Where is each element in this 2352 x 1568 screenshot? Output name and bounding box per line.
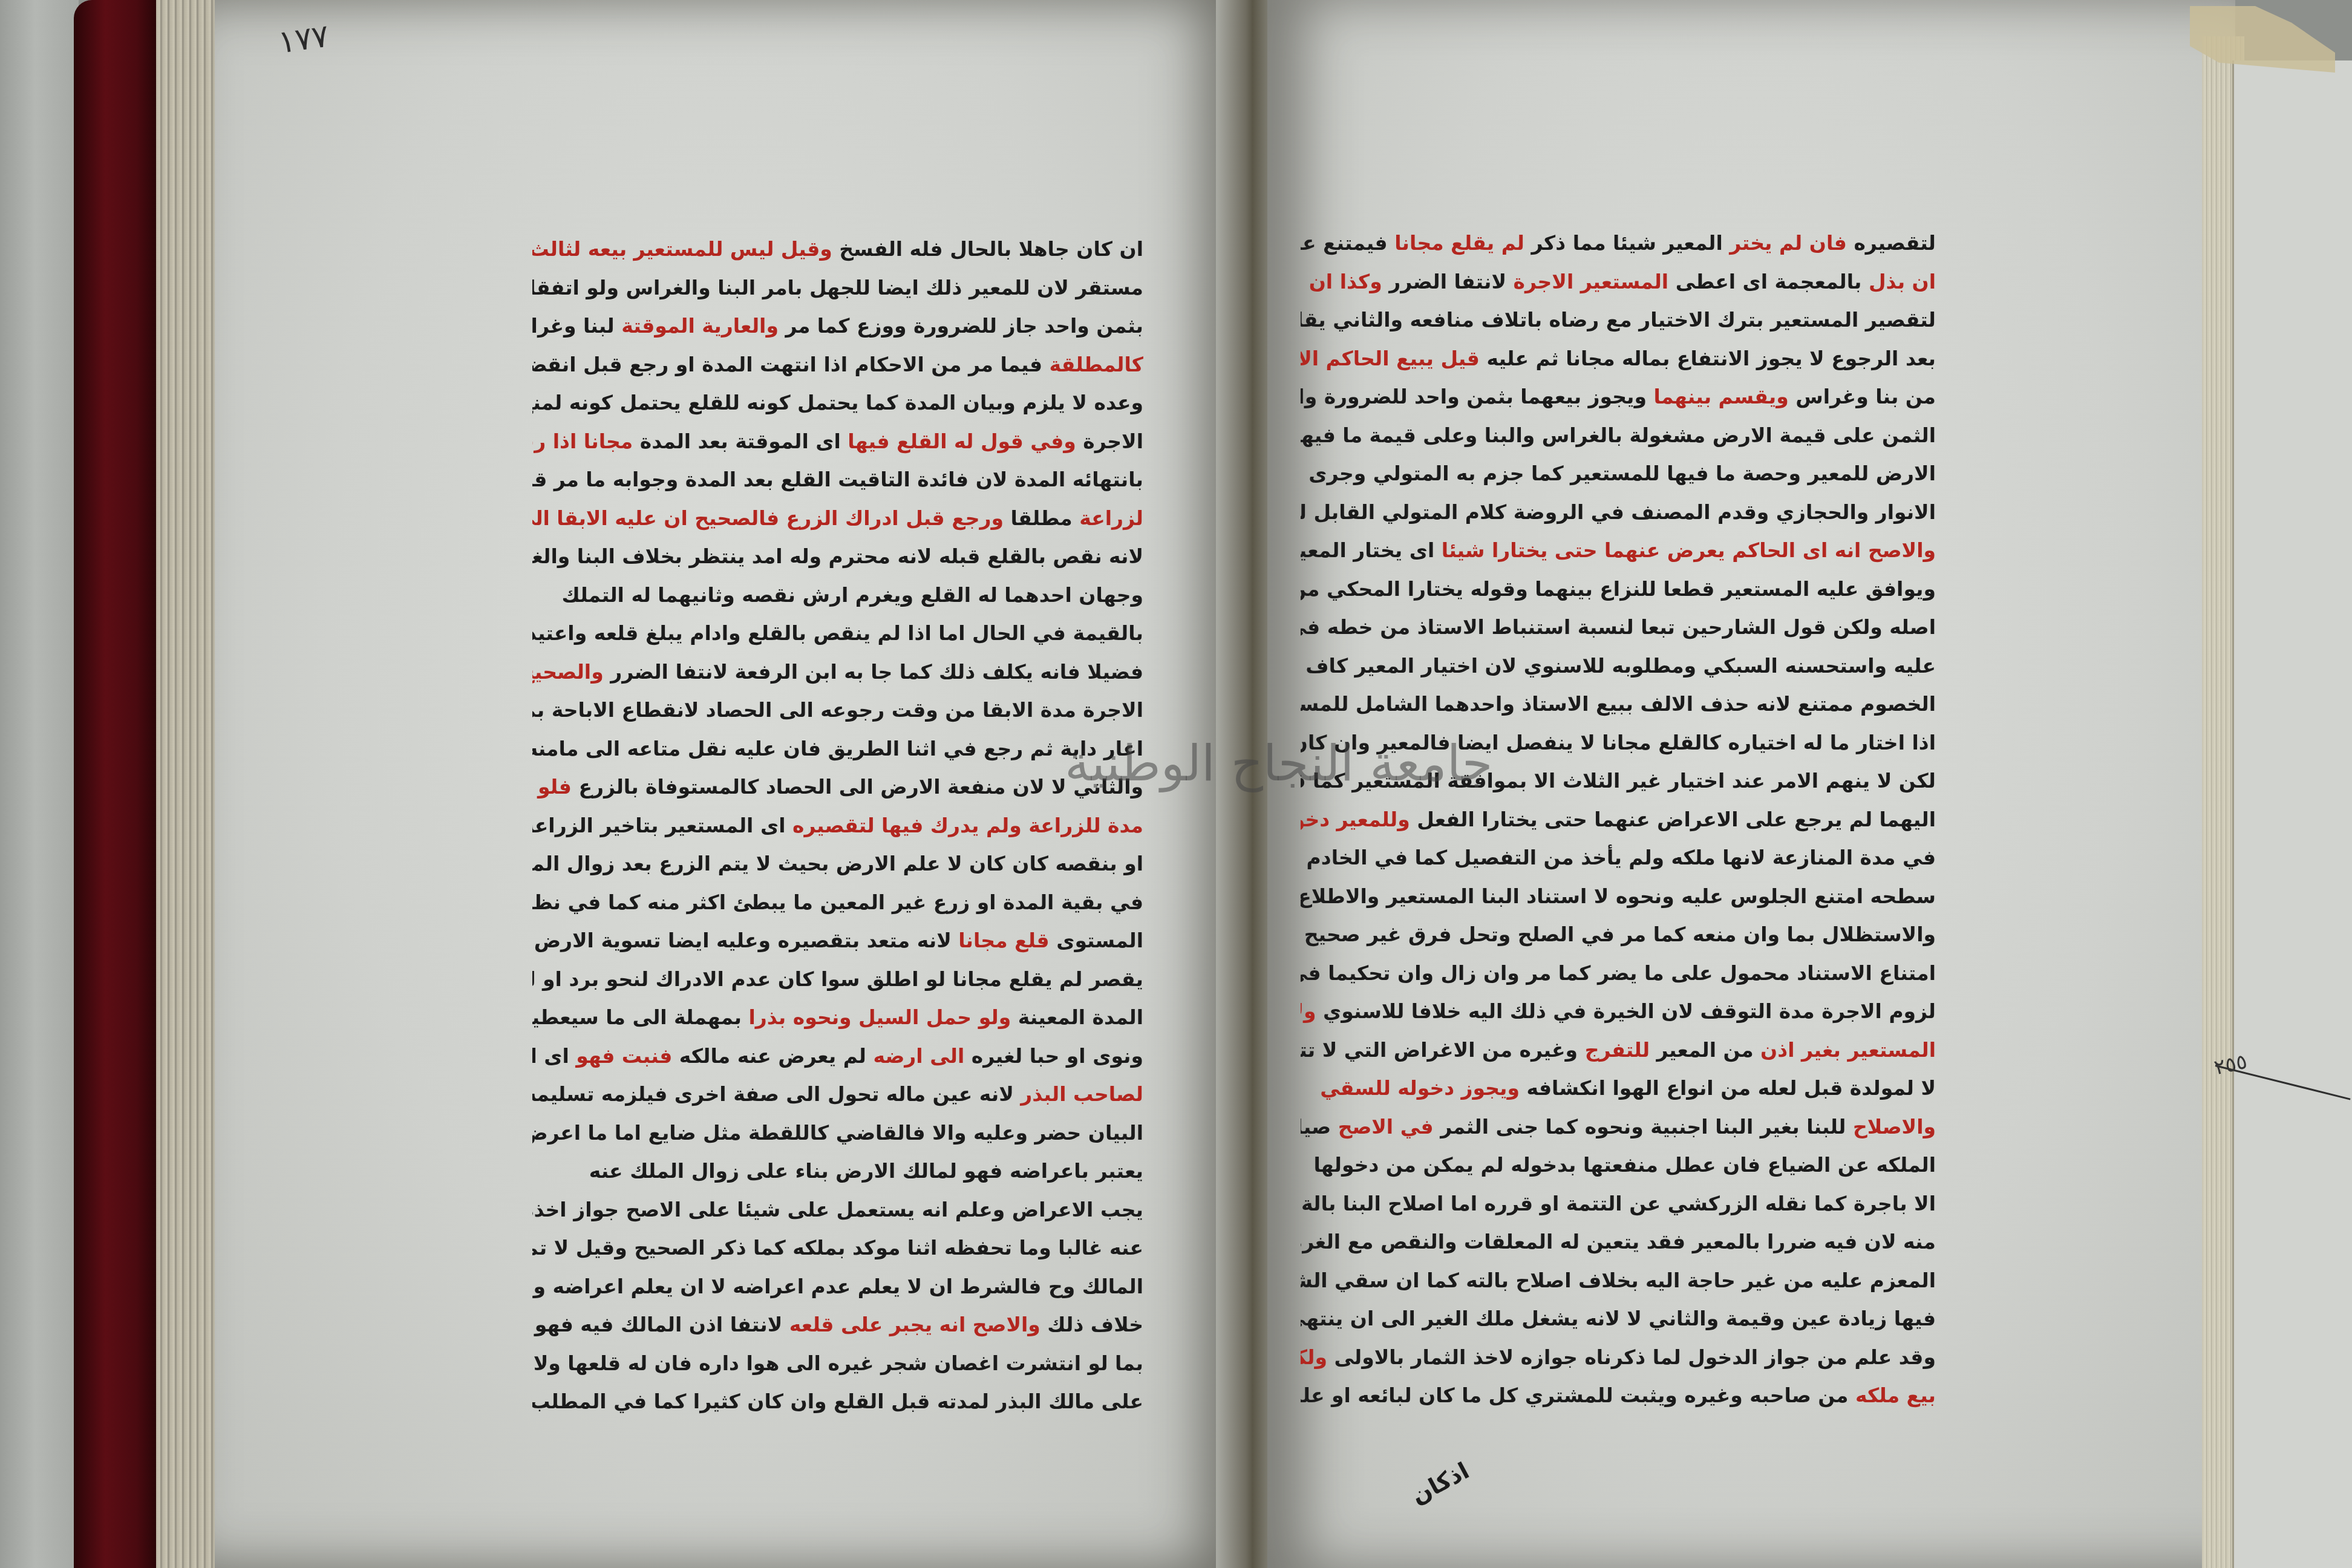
body-text: المدة المعينة xyxy=(1011,1005,1143,1029)
body-text: ونوى او حبا لغيره xyxy=(964,1044,1143,1068)
manuscript-line: ويوافق عليه المستعير قطعا للنزاع بينهما … xyxy=(1301,570,1936,609)
rubric-text: وللمعير دخولها والانتفاع xyxy=(1301,808,1410,831)
body-text: وعده لا يلزم وبيان المدة كما يحتمل كونه … xyxy=(532,391,1143,414)
rubric-text: وفي قول له القلع فيها xyxy=(848,430,1076,453)
body-text: الثمن على قيمة الارض مشغولة بالغراس والب… xyxy=(1301,423,1936,447)
body-text: لزوم الاجرة مدة التوقف لان الخيرة في ذلك… xyxy=(1316,999,1936,1023)
body-text: فضيلا فانه يكلف ذلك كما جا به ابن الرفعة… xyxy=(604,660,1143,684)
rubric-text: يعرض عنهما حتى يختارا شيئا xyxy=(1442,538,1725,562)
body-text: سطحه امتنع الجلوس عليه ونحوه لا استناد ا… xyxy=(1301,884,1936,908)
body-text: مطلقا xyxy=(1004,506,1079,530)
body-text: بمهملة الى ما سيعطيه بذورا xyxy=(532,1005,748,1029)
manuscript-line: وعده لا يلزم وبيان المدة كما يحتمل كونه … xyxy=(532,384,1143,422)
manuscript-line: الارض للمعير وحصة ما فيها للمستعير كما ج… xyxy=(1301,454,1936,493)
rubric-text: لزراعة xyxy=(1079,506,1143,530)
rubric-text: الى ارضه xyxy=(873,1044,964,1068)
manuscript-line: بما لو انتشرت اغصان شجر غيره الى هوا دار… xyxy=(532,1344,1143,1383)
manuscript-line: ان بذل بالمعجمة اى اعطى المستعير الاجرة … xyxy=(1301,263,1936,301)
body-text: المعير شيئا مما ذكر xyxy=(1524,231,1730,255)
body-text: على مالك البذر لمدته قبل القلع وان كان ك… xyxy=(532,1390,1143,1413)
manuscript-line: فيها زيادة عين وقيمة والثاني لا لانه يشغ… xyxy=(1301,1299,1936,1338)
manuscript-line: لزوم الاجرة مدة التوقف لان الخيرة في ذلك… xyxy=(1301,992,1936,1031)
manuscript-line: والثاني لا لان منفعة الارض الى الحصاد كا… xyxy=(532,768,1143,806)
rubric-text: وقيل ليس للمستعير بيعه لثالث xyxy=(532,237,832,261)
body-text: بعد الرجوع لا يجوز الانتفاع بماله مجانا … xyxy=(1480,347,1936,370)
body-text: الارض للمعير وحصة ما فيها للمستعير كما ج… xyxy=(1301,462,1936,485)
body-text: وغيره من الاغراض التي لا تتعلق به كالاجن… xyxy=(1301,1038,1585,1062)
manuscript-line: بثمن واحد جاز للضرورة ووزع كما مر والعار… xyxy=(532,307,1143,345)
manuscript-line: الانوار والحجازي وقدم المصنف في الروضة ك… xyxy=(1301,493,1936,532)
rubric-text: ويقسم بينهما xyxy=(1653,385,1788,408)
body-text: عنه غالبا وما تحفظه اثنا موكد بملكه كما … xyxy=(532,1236,1143,1259)
rubric-text: فنبت فهو xyxy=(576,1044,672,1068)
body-text: لانه نقص بالقلع قبله لانه محترم وله امد … xyxy=(532,544,1143,568)
body-text: اعار دابة ثم رجع في اثنا الطريق فان عليه… xyxy=(532,737,1143,760)
body-text: في بقية المدة او زرع غير المعين ما يبطئ … xyxy=(532,890,1143,914)
manuscript-line: المستوى قلع مجانا لانه متعد بتقصيره وعلي… xyxy=(532,921,1143,960)
rubric-text: والاصح انه يجبر على قلعه xyxy=(789,1313,1040,1336)
manuscript-line: يقصر لم يقلع مجانا لو اطلق سوا كان عدم ا… xyxy=(532,960,1143,999)
body-text: الا باجرة كما نقله الزركشي عن التتمة او … xyxy=(1301,1192,1936,1215)
manuscript-line: في مدة المنازعة لانها ملكه ولم يأخذ من ا… xyxy=(1301,838,1936,877)
manuscript-line: على مالك البذر لمدته قبل القلع وان كان ك… xyxy=(532,1382,1143,1421)
body-text: المعزم عليه من غير حاجة اليه بخلاف اصلاح… xyxy=(1301,1269,1936,1292)
manuscript-line: الملكه عن الضياع فان عطل منفعتها بدخوله … xyxy=(1301,1146,1936,1184)
body-text: مستقر لان للمعير ذلك ايضا للجهل بامر الب… xyxy=(532,276,1143,299)
manuscript-line: بانتهائه المدة لان فائدة التاقيت القلع ب… xyxy=(532,460,1143,499)
rubric-text: للتفرج xyxy=(1585,1038,1650,1062)
body-text: لانتفا الضرر xyxy=(1382,270,1514,293)
body-text: اى يختار المعير ما له اختياره xyxy=(1301,538,1442,562)
manuscript-line: والاصح انه اى الحاكم يعرض عنهما حتى يختا… xyxy=(1301,531,1936,570)
body-text: لانه متعد بتقصيره وعليه ايضا تسوية الارض… xyxy=(532,929,958,952)
manuscript-line: منه لان فيه ضررا بالمعير فقد يتعين له ال… xyxy=(1301,1223,1936,1261)
body-text: الملكه عن الضياع فان عطل منفعتها بدخوله … xyxy=(1313,1153,1936,1177)
manuscript-line: والاستظلال بما وان منعه كما مر في الصلح … xyxy=(1301,915,1936,954)
body-text: بثمن واحد جاز للضرورة ووزع كما مر xyxy=(779,314,1143,338)
body-text: من صاحبه وغيره ويثبت للمشتري كل ما كان ل… xyxy=(1301,1383,1855,1407)
manuscript-line: المستعير بغير اذن من المعير للتفرج وغيره… xyxy=(1301,1031,1936,1070)
body-text: وجهان احدهما له القلع ويغرم ارش نقصه وثا… xyxy=(561,583,1143,607)
rubric-text: ولو حمل السيل ونحوه بذرا xyxy=(748,1005,1011,1029)
manuscript-line: من بنا وغراس ويقسم بينهما ويجوز بيعهما ب… xyxy=(1301,377,1936,416)
body-text xyxy=(1022,814,1029,837)
body-text: منه لان فيه ضررا بالمعير فقد يتعين له ال… xyxy=(1301,1230,1936,1253)
body-text: بالقيمة في الحال اما اذا لم ينقص بالقلع … xyxy=(532,621,1143,645)
body-text: فيها زيادة عين وقيمة والثاني لا لانه يشغ… xyxy=(1301,1307,1936,1330)
body-text: لبنا وغراس او غيرهما xyxy=(532,314,621,338)
body-text: ان كان جاهلا بالحال فله الفسخ xyxy=(832,237,1143,261)
body-text: اصله ولكن قول الشارحين تبعا لنسبة استنبا… xyxy=(1301,615,1936,639)
rubric-text: المستعير بغير اذن xyxy=(1760,1038,1936,1062)
background-surface xyxy=(0,0,79,1568)
manuscript-line: لانه نقص بالقلع قبله لانه محترم وله امد … xyxy=(532,537,1143,576)
body-text: لا لمولدة قبل لعله من انواع الهوا انكشاف… xyxy=(1520,1076,1936,1100)
manuscript-line: لا لمولدة قبل لعله من انواع الهوا انكشاف… xyxy=(1301,1069,1936,1108)
body-text: اى النابت xyxy=(532,1044,576,1068)
body-text: امتناع الاستناد محمول على ما يضر كما مر … xyxy=(1301,961,1936,985)
manuscript-line: الاجرة مدة الابقا من وقت رجوعه الى الحصا… xyxy=(532,691,1143,730)
rubric-text: المستعير الاجرة xyxy=(1514,270,1669,293)
body-text: لتقصيره xyxy=(1847,231,1936,255)
manuscript-line: الا باجرة كما نقله الزركشي عن التتمة او … xyxy=(1301,1184,1936,1223)
manuscript-line: عليه واستحسنه السبكي ومطلوبه للاسنوي لان… xyxy=(1301,647,1936,685)
manuscript-line: البيان حضر وعليه والا فالقاضي كاللقطة مث… xyxy=(532,1114,1143,1152)
manuscript-line: الاجرة وفي قول له القلع فيها اى الموقتة … xyxy=(532,422,1143,461)
left-page-text: ان كان جاهلا بالحال فله الفسخ وقيل ليس ل… xyxy=(532,230,1143,1421)
manuscript-line: اعار دابة ثم رجع في اثنا الطريق فان عليه… xyxy=(532,730,1143,768)
rubric-text: والعارية الموقتة xyxy=(621,314,779,338)
rubric-text: ولم يدرك فيها لتقصيره xyxy=(792,814,1022,837)
manuscript-line: بالقيمة في الحال اما اذا لم ينقص بالقلع … xyxy=(532,614,1143,653)
body-text: بالمعجمة اى اعطى xyxy=(1668,270,1869,293)
manuscript-line: امتناع الاستناد محمول على ما يضر كما مر … xyxy=(1301,954,1936,993)
rubric-text: فلو عين xyxy=(532,775,572,799)
manuscript-line: لزراعة مطلقا ورجع قبل ادراك الزرع فالصحي… xyxy=(532,499,1143,538)
body-text: يقصر لم يقلع مجانا لو اطلق سوا كان عدم ا… xyxy=(532,967,1143,991)
rubric-text: ولكل منهما xyxy=(1301,1345,1327,1369)
rubric-text: والصحيح ان له الاجرة xyxy=(532,660,604,684)
body-text: البيان حضر وعليه والا فالقاضي كاللقطة مث… xyxy=(532,1121,1143,1145)
manuscript-line: يجب الاعراض وعلم انه يستعمل على شيئا على… xyxy=(532,1191,1143,1229)
manuscript-line: بعد الرجوع لا يجوز الانتفاع بماله مجانا … xyxy=(1301,339,1936,378)
body-text: بانتهائه المدة لان فائدة التاقيت القلع ب… xyxy=(532,468,1143,491)
manuscript-line: الثمن على قيمة الارض مشغولة بالغراس والب… xyxy=(1301,416,1936,455)
body-text: لم يعرض عنه مالكه xyxy=(672,1044,873,1068)
rubric-text: والاصلاح xyxy=(1853,1115,1936,1138)
body-text: ويوافق عليه المستعير قطعا للنزاع بينهما … xyxy=(1301,577,1936,601)
rubric-text: قلع مجانا xyxy=(958,929,1050,952)
manuscript-line: لتقصير المستعير بترك الاختيار مع رضاه با… xyxy=(1301,301,1936,339)
manuscript-line: المالك وح فالشرط ان لا يعلم عدم اعراضه ل… xyxy=(532,1267,1143,1306)
body-text xyxy=(1725,538,1733,562)
body-text: ويجوز بيعهما بثمن واحد للضرورة وامتعة مو… xyxy=(1301,385,1653,408)
rubric-text: مدة للزراعة xyxy=(1028,814,1143,837)
manuscript-line: سطحه امتنع الجلوس عليه ونحوه لا استناد ا… xyxy=(1301,877,1936,916)
body-text: المستوى xyxy=(1050,929,1143,952)
body-text: الاجرة xyxy=(1076,430,1143,453)
rubric-text: فان لم يختر xyxy=(1730,231,1847,255)
manuscript-line: يعتبر باعراضه فهو لمالك الارض بناء على ز… xyxy=(532,1152,1143,1191)
folio-number: ١٧٧ xyxy=(276,18,331,60)
body-text: فيما مر من الاحكام اذا انتهت المدة او رج… xyxy=(532,353,1050,376)
body-text: الخصوم ممتنع لانه حذف الالف ببيع الاستاذ… xyxy=(1301,692,1936,716)
body-text: الاجرة مدة الابقا من وقت رجوعه الى الحصا… xyxy=(532,698,1143,722)
body-text: لانتفا اذن المالك فيه فهو تار شيبهما xyxy=(532,1313,789,1336)
body-text: يجب الاعراض وعلم انه يستعمل على شيئا على… xyxy=(532,1198,1143,1221)
body-text: لانه عين ماله تحول الى صفة اخرى فيلزمه ت… xyxy=(532,1082,1021,1106)
rubric-text: كالمطلقة xyxy=(1050,353,1143,376)
manuscript-line: فضيلا فانه يكلف ذلك كما جا به ابن الرفعة… xyxy=(532,653,1143,691)
manuscript-line: ونوى او حبا لغيره الى ارضه لم يعرض عنه م… xyxy=(532,1037,1143,1076)
body-text: والثاني لا لان منفعة الارض الى الحصاد كا… xyxy=(572,775,1143,799)
body-text: عليه واستحسنه السبكي ومطلوبه للاسنوي لان… xyxy=(1301,654,1936,678)
manuscript-line: مدة للزراعة ولم يدرك فيها لتقصيره اى الم… xyxy=(532,806,1143,845)
manuscript-line: في بقية المدة او زرع غير المعين ما يبطئ … xyxy=(532,883,1143,922)
rubric-text: ولا يدخلها xyxy=(1301,999,1316,1023)
manuscript-line: اليهما لم يرجع على الاعراض عنهما حتى يخت… xyxy=(1301,800,1936,839)
rubric-text: ويجوز دخوله للسقي xyxy=(1320,1076,1520,1100)
body-text: خلاف ذلك xyxy=(1040,1313,1143,1336)
manuscript-line: الخصوم ممتنع لانه حذف الالف ببيع الاستاذ… xyxy=(1301,685,1936,724)
right-page-text: لتقصيره فان لم يختر المعير شيئا مما ذكر … xyxy=(1301,224,1936,1415)
page-stack-edge-left xyxy=(156,0,223,1568)
manuscript-line: وجهان احدهما له القلع ويغرم ارش نقصه وثا… xyxy=(532,576,1143,615)
body-text: المالك وح فالشرط ان لا يعلم عدم اعراضه ل… xyxy=(532,1275,1143,1298)
manuscript-line: خلاف ذلك والاصح انه يجبر على قلعه لانتفا… xyxy=(532,1305,1143,1344)
body-text: وقد علم من جواز الدخول لما ذكرناه جوازه … xyxy=(1327,1345,1936,1369)
manuscript-line: لصاحب البذر لانه عين ماله تحول الى صفة ا… xyxy=(532,1075,1143,1114)
body-text: او بنقصه كان كان لا علم الارض بحيث لا يت… xyxy=(532,852,1143,875)
rubric-text: في الاصح xyxy=(1338,1115,1434,1138)
rubric-text: لصاحب البذر xyxy=(1021,1082,1143,1106)
manuscript-line: او بنقصه كان كان لا علم الارض بحيث لا يت… xyxy=(532,844,1143,883)
body-text: من بنا وغراس xyxy=(1789,385,1936,408)
body-text: يعتبر باعراضه فهو لمالك الارض بناء على ز… xyxy=(589,1159,1143,1183)
rubric-text: قيل يبيع الحاكم الارض وما فيها xyxy=(1301,347,1480,370)
manuscript-line: عنه غالبا وما تحفظه اثنا موكد بملكه كما … xyxy=(532,1229,1143,1267)
rubric-text: ان بذل xyxy=(1869,270,1936,293)
body-text: للبنا بغير البنا اجنبية ونحوه كما جنى ال… xyxy=(1434,1115,1853,1138)
body-text: من المعير xyxy=(1650,1038,1760,1062)
manuscript-line: مستقر لان للمعير ذلك ايضا للجهل بامر الب… xyxy=(532,269,1143,307)
rubric-text: وكذا ان لم يبذلها في الاصح xyxy=(1301,270,1382,293)
manuscript-line: المعزم عليه من غير حاجة اليه بخلاف اصلاح… xyxy=(1301,1261,1936,1300)
manuscript-line: وقد علم من جواز الدخول لما ذكرناه جوازه … xyxy=(1301,1338,1936,1377)
adjacent-sheet xyxy=(2232,60,2352,1568)
body-text: في مدة المنازعة لانها ملكه ولم يأخذ من ا… xyxy=(1301,846,1936,869)
rubric-text: والاصح انه اى الحاكم xyxy=(1732,538,1936,562)
manuscript-line: والاصلاح للبنا بغير البنا اجنبية ونحوه ك… xyxy=(1301,1108,1936,1146)
manuscript-line: كالمطلقة فيما مر من الاحكام اذا انتهت ال… xyxy=(532,345,1143,384)
leather-binding-spine xyxy=(74,0,163,1568)
manuscript-line: ان كان جاهلا بالحال فله الفسخ وقيل ليس ل… xyxy=(532,230,1143,269)
manuscript-line: لتقصيره فان لم يختر المعير شيئا مما ذكر … xyxy=(1301,224,1936,263)
rubric-text: مجانا اذا رجع xyxy=(532,430,633,453)
body-text: لتقصير المستعير بترك الاختيار مع رضاه با… xyxy=(1301,308,1936,332)
rubric-text: لم يقلع مجانا xyxy=(1394,231,1524,255)
body-text: اى الموقتة بعد المدة xyxy=(633,430,848,453)
body-text: والاستظلال بما وان منعه كما مر في الصلح … xyxy=(1301,923,1936,946)
manuscript-line: اصله ولكن قول الشارحين تبعا لنسبة استنبا… xyxy=(1301,608,1936,647)
rubric-text: بيع ملكه xyxy=(1855,1383,1936,1407)
body-text: بما لو انتشرت اغصان شجر غيره الى هوا دار… xyxy=(532,1351,1143,1375)
rubric-text: ورجع قبل ادراك الزرع فالصحيح ان عليه الا… xyxy=(532,506,1004,530)
manuscript-line: بيع ملكه من صاحبه وغيره ويثبت للمشتري كل… xyxy=(1301,1376,1936,1415)
manuscript-line: المدة المعينة ولو حمل السيل ونحوه بذرا ب… xyxy=(532,998,1143,1037)
body-text: صيانة xyxy=(1301,1115,1338,1138)
watermark: جامعة النجاح الوطنية xyxy=(1065,735,1492,792)
body-text: الانوار والحجازي وقدم المصنف في الروضة ك… xyxy=(1301,500,1936,524)
body-text: اى المستعير بتاخير الزراعة xyxy=(532,814,792,837)
body-text: فيمتنع عليه ذلك xyxy=(1301,231,1394,255)
body-text: اليهما لم يرجع على الاعراض عنهما حتى يخت… xyxy=(1410,808,1936,831)
